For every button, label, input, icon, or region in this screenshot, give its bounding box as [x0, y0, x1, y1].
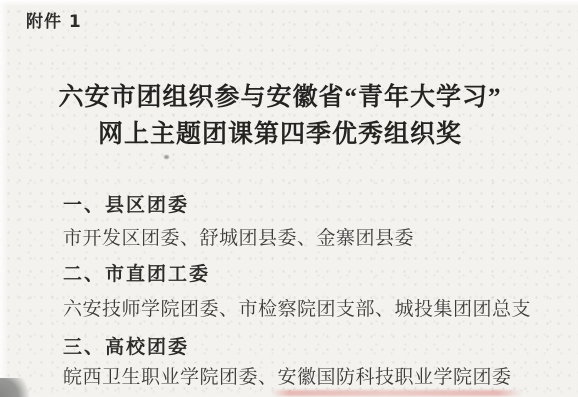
section-heading-county-committees: 一、县区团委: [63, 194, 189, 216]
section-content-county-committees: 市开发区团委、舒城团县委、金寨团县委: [63, 227, 414, 250]
ink-speck: [164, 155, 169, 159]
scan-edge-top: [0, 0, 578, 6]
section-content-university-committees: 皖西卫生职业学院团委、安徽国防科技职业学院团委: [63, 366, 512, 389]
scan-pink-smudge: [271, 390, 523, 396]
section-content-municipal-committees: 六安技师学院团委、市检察院团支部、城投集团团总支: [63, 298, 531, 321]
attachment-label: 附件 1: [26, 12, 82, 33]
section-heading-municipal-committees: 二、市直团工委: [63, 263, 210, 285]
document-title-line2: 网上主题团课第四季优秀组织奖: [0, 116, 560, 153]
section-heading-university-committees: 三、高校团委: [63, 336, 189, 358]
document-title: 六安市团组织参与安徽省“青年大学习” 网上主题团课第四季优秀组织奖: [0, 79, 560, 153]
scanned-document-page: 附件 1 六安市团组织参与安徽省“青年大学习” 网上主题团课第四季优秀组织奖 一…: [0, 0, 578, 397]
document-title-line1: 六安市团组织参与安徽省“青年大学习”: [0, 79, 560, 116]
scan-edge-left: [0, 0, 8, 397]
scan-corner-shadow: [0, 378, 36, 397]
